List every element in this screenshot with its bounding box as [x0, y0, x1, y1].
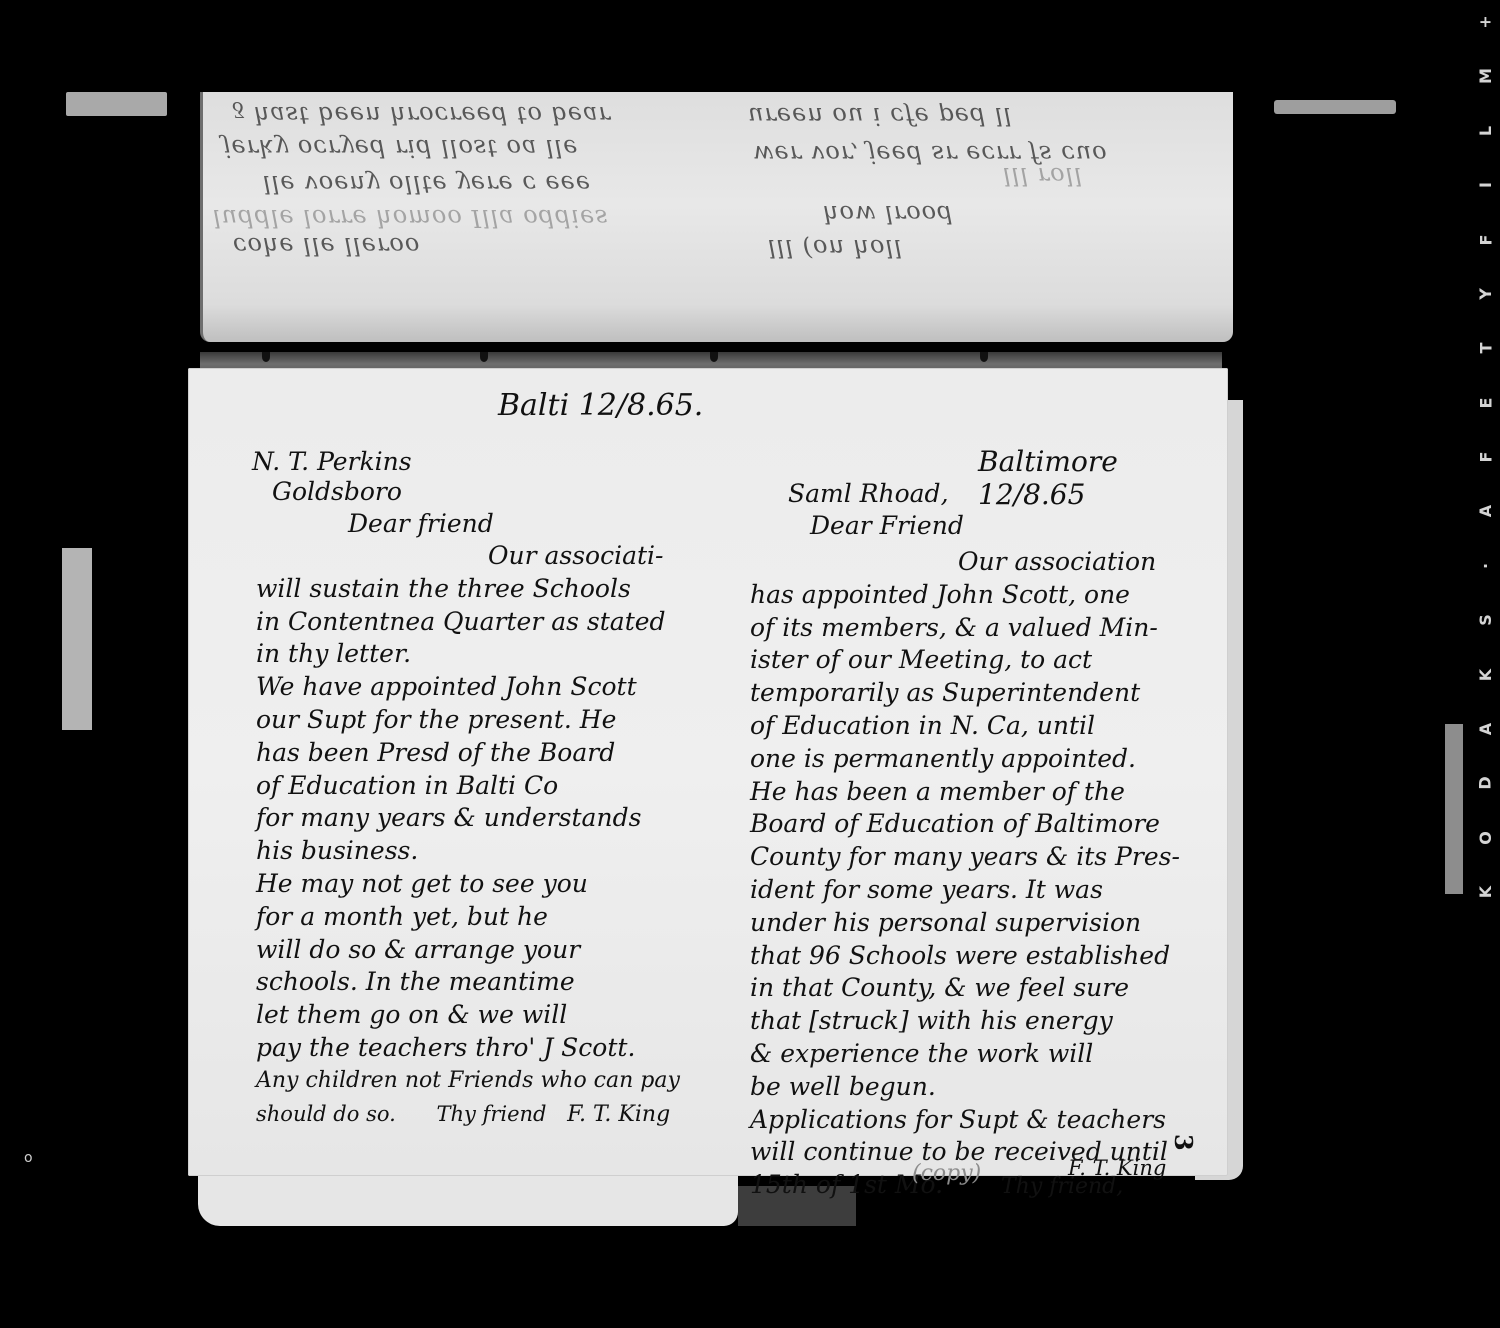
bleed-through-line: how lrood [823, 200, 954, 228]
film-edge-char: · [1478, 563, 1494, 569]
binding-pin [980, 352, 988, 362]
body-line: that [struck] with his energy [750, 1005, 1180, 1038]
page-number: 3 [1166, 1134, 1199, 1151]
location: Goldsboro [272, 476, 402, 509]
bleed-through-line: cohe lle lleroo [233, 232, 420, 260]
film-edge-char: A [1478, 505, 1494, 517]
bleed-through-line: lll (on holl [768, 234, 903, 262]
film-edge-char: E [1478, 397, 1494, 408]
film-edge-char: K [1478, 886, 1494, 898]
body-line: ister of our Meeting, to act [750, 644, 1180, 677]
body-line: Board of Education of Baltimore [750, 808, 1180, 841]
film-marker-top-left [66, 92, 167, 116]
bleed-through-line: ᵹ hast been hrocreed to bear [233, 100, 611, 129]
film-edge-char: A [1478, 723, 1494, 735]
salutation: Dear Friend [810, 510, 964, 543]
film-edge-char: I [1478, 182, 1494, 188]
dateline: Balti 12/8.65. [498, 390, 703, 423]
film-edge-char: + [1478, 15, 1494, 28]
body-line: let them go on & we will [256, 999, 680, 1032]
film-edge-char: S [1478, 614, 1494, 626]
body-line: We have appointed John Scott [256, 671, 680, 704]
paper-bottom-tab [198, 1168, 738, 1226]
film-edge-char: D [1478, 777, 1494, 790]
body-line: will sustain the three Schools [256, 573, 680, 606]
film-edge-char: F [1478, 234, 1494, 245]
closing-line: should do so. [256, 1102, 396, 1126]
body-line: ident for some years. It was [750, 874, 1180, 907]
body-line: under his personal supervision [750, 907, 1180, 940]
body-line: Applications for Supt & teachers [750, 1104, 1180, 1137]
body-line: & experience the work will [750, 1038, 1180, 1071]
letter-sheet: Balti 12/8.65. N. T. Perkins Goldsboro D… [188, 368, 1228, 1176]
body-line: for many years & understands [256, 802, 680, 835]
film-marker-left [62, 548, 92, 730]
bleed-through-line: lle voeny ollte yere c eee [263, 170, 591, 198]
film-edge-char: T [1478, 343, 1494, 354]
body-line: be well begun. [750, 1071, 1180, 1104]
film-marker-top-right [1274, 100, 1396, 114]
letter-to-perkins: Balti 12/8.65. N. T. Perkins Goldsboro D… [188, 368, 708, 1176]
body-line: that 96 Schools were established [750, 940, 1180, 973]
binding-pin [262, 352, 270, 362]
body-line: Our associati- [256, 540, 680, 573]
letter-body: Our associati- will sustain the three Sc… [256, 540, 680, 1131]
folded-paper-strip: ᵹ hast been hrocreed to bear jerky ocrye… [200, 92, 1233, 342]
pencil-note: (copy) [912, 1158, 981, 1191]
film-edge-char: L [1478, 126, 1494, 136]
film-edge-char: F [1478, 452, 1494, 463]
binding-pin [710, 352, 718, 362]
salutation: Dear friend [348, 508, 494, 541]
film-edge-char: O [1478, 831, 1494, 845]
body-line: He may not get to see you [256, 868, 680, 901]
body-line: in that County, & we feel sure [750, 972, 1180, 1005]
body-line: of its members, & a valued Min- [750, 612, 1180, 645]
corner-mark: o [24, 1150, 33, 1166]
body-line: his business. [256, 835, 680, 868]
film-edge-char: Y [1478, 288, 1494, 300]
body-line: He has been a member of the [750, 776, 1180, 809]
body-line: one is permanently appointed. [750, 743, 1180, 776]
body-line: schools. In the meantime [256, 966, 680, 999]
dateline: Baltimore 12/8.65 [978, 446, 1228, 512]
closing: Thy friend [436, 1102, 546, 1126]
body-line: in thy letter. [256, 638, 680, 671]
bleed-through-line: luddle lorre homoo Illa oddies [213, 204, 609, 232]
body-line: of Education in N. Ca, until [750, 710, 1180, 743]
body-line: has been Presd of the Board [256, 737, 680, 770]
recipient: N. T. Perkins [252, 446, 412, 479]
body-line: has appointed John Scott, one [750, 579, 1180, 612]
body-line: Any children not Friends who can pay [256, 1065, 680, 1098]
body-line: temporarily as Superintendent [750, 677, 1180, 710]
body-line: of Education in Balti Co [256, 770, 680, 803]
signature: F. T. King [1068, 1152, 1166, 1185]
body-line: pay the teachers thro' J Scott. [256, 1032, 680, 1065]
body-line: our Supt for the present. He [256, 704, 680, 737]
film-edge-char: K [1478, 668, 1494, 680]
signature: F. T. King [567, 1102, 670, 1127]
bleed-through-line: ureen ou i cfe ped ll [748, 102, 1012, 130]
letter-body: Our association has appointed John Scott… [750, 546, 1180, 1204]
letter-to-rhoad: Baltimore 12/8.65 Saml Rhoad, Dear Frien… [728, 368, 1228, 1176]
body-line: County for many years & its Pres- [750, 841, 1180, 874]
bleed-through-line: lll roll [1003, 162, 1083, 190]
body-line: in Contentnea Quarter as stated [256, 606, 680, 639]
body-line: for a month yet, but he [256, 901, 680, 934]
recipient: Saml Rhoad, [788, 478, 949, 511]
body-line: will do so & arrange your [256, 934, 680, 967]
bleed-through-line: jerky ocryed rid llost oa lle [223, 134, 578, 162]
film-edge-char: M [1478, 68, 1494, 84]
film-edge-label: K O D A K S · A F E T Y F I L M + [1456, 0, 1500, 900]
body-line: Our association [750, 546, 1180, 579]
binding-pin [480, 352, 488, 362]
